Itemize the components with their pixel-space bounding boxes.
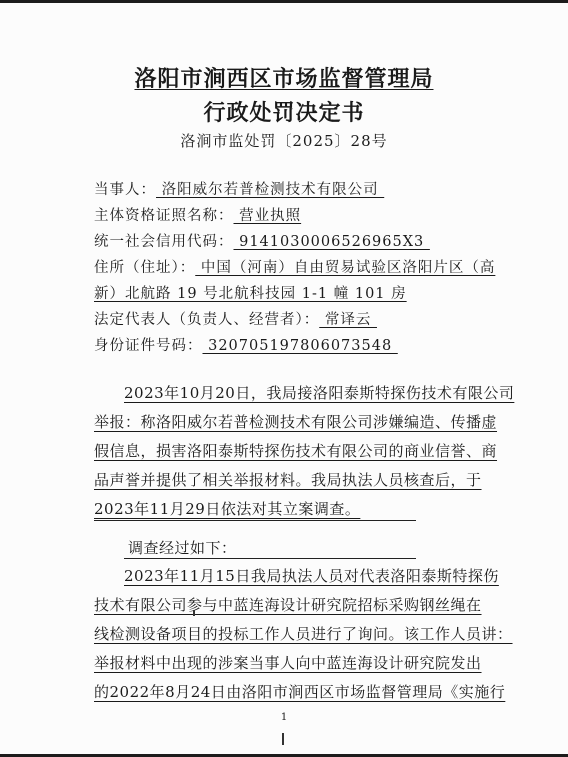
address-field: 住所（住址）： 中国（河南）自由贸易试验区洛阳片区（高 [94,256,495,277]
paragraph1-line: 2023年10月20日，我局接洛阳泰斯特探伤技术有限公司 [124,382,446,403]
section-heading: 调查经过如下： [128,537,450,558]
document-number: 洛涧市监处罚〔2025〕28号 [0,130,568,151]
paragraph1-line: 假信息，损害洛阳泰斯特探伤技术有限公司的商业信誉、商 [94,440,416,461]
id-number-field: 身份证件号码： 320705197806073548 [94,334,398,355]
legal-rep-field: 法定代表人（负责人、经营者）： 常译云 [94,308,377,329]
credit-code-field: 统一社会信用代码： 914103000652696­5X3 [94,230,430,251]
address-value-line1: 中国（河南）自由贸易试验区洛阳片区（高 [195,260,495,276]
address-field-continued: 新）北航路 19 号北航科技园 1-1 幢 101 房 [94,282,407,303]
paragraph1-line: 举报：称洛阳威尔若普检测技术有限公司涉嫌编造、传播虚 [94,411,416,432]
legal-rep-label: 法定代表人（负责人、经营者）： [94,312,319,328]
id-number-value: 320705197806073548 [203,338,398,354]
id-number-label: 身份证件号码： [94,338,203,354]
paragraph1-line: 2023年11月29日依法对其立案调查。 [94,498,416,519]
paragraph2-line: 举报材料中出现的涉案当事人向中蓝连海设计研究院发出 [94,652,416,673]
paragraph2-line: 线检测设备项目的投标工作人员进行了询问。该工作人员讲： [94,623,416,644]
party-name-value: 洛阳威尔若普检测技术有限公司 [156,182,384,198]
paragraph2-line: 的2022年8月24日由洛阳市涧西区市场监督管理局《实施行 [94,681,416,702]
address-label: 住所（住址）： [94,260,195,276]
underline-rule [94,520,416,521]
license-label: 主体资格证照名称： [94,208,234,224]
party-name-label: 当事人： [94,182,156,198]
underline-rule [124,558,416,559]
page-number: 1 [0,712,568,723]
party-name-field: 当事人： 洛阳威尔若普检测技术有限公司 [94,178,384,199]
issuing-authority: 洛阳市涧西区市场监督管理局 [0,62,568,93]
credit-code-value: 914103000652696­5X3 [234,234,430,250]
paragraph2-line: 技术有限公司参与中蓝连海设计研究院招标采购钢丝绳在 [94,594,416,615]
caret-mark [193,610,195,616]
address-value-line2: 新）北航路 19 号北航科技园 1-1 幢 101 房 [94,286,407,302]
document-type-title: 行政处罚决定书 [0,96,568,127]
credit-code-label: 统一社会信用代码： [94,234,234,250]
paragraph1-line: 品声誉并提供了相关举报材料。我局执法人员核查后，于 [94,469,416,490]
binding-mark [282,733,284,745]
paragraph2-line: 2023年11月15日我局执法人员对代表洛阳泰斯特探伤 [124,565,446,586]
license-value: 营业执照 [234,208,302,224]
license-field: 主体资格证照名称： 营业执照 [94,204,301,225]
legal-rep-value: 常译云 [319,312,377,328]
